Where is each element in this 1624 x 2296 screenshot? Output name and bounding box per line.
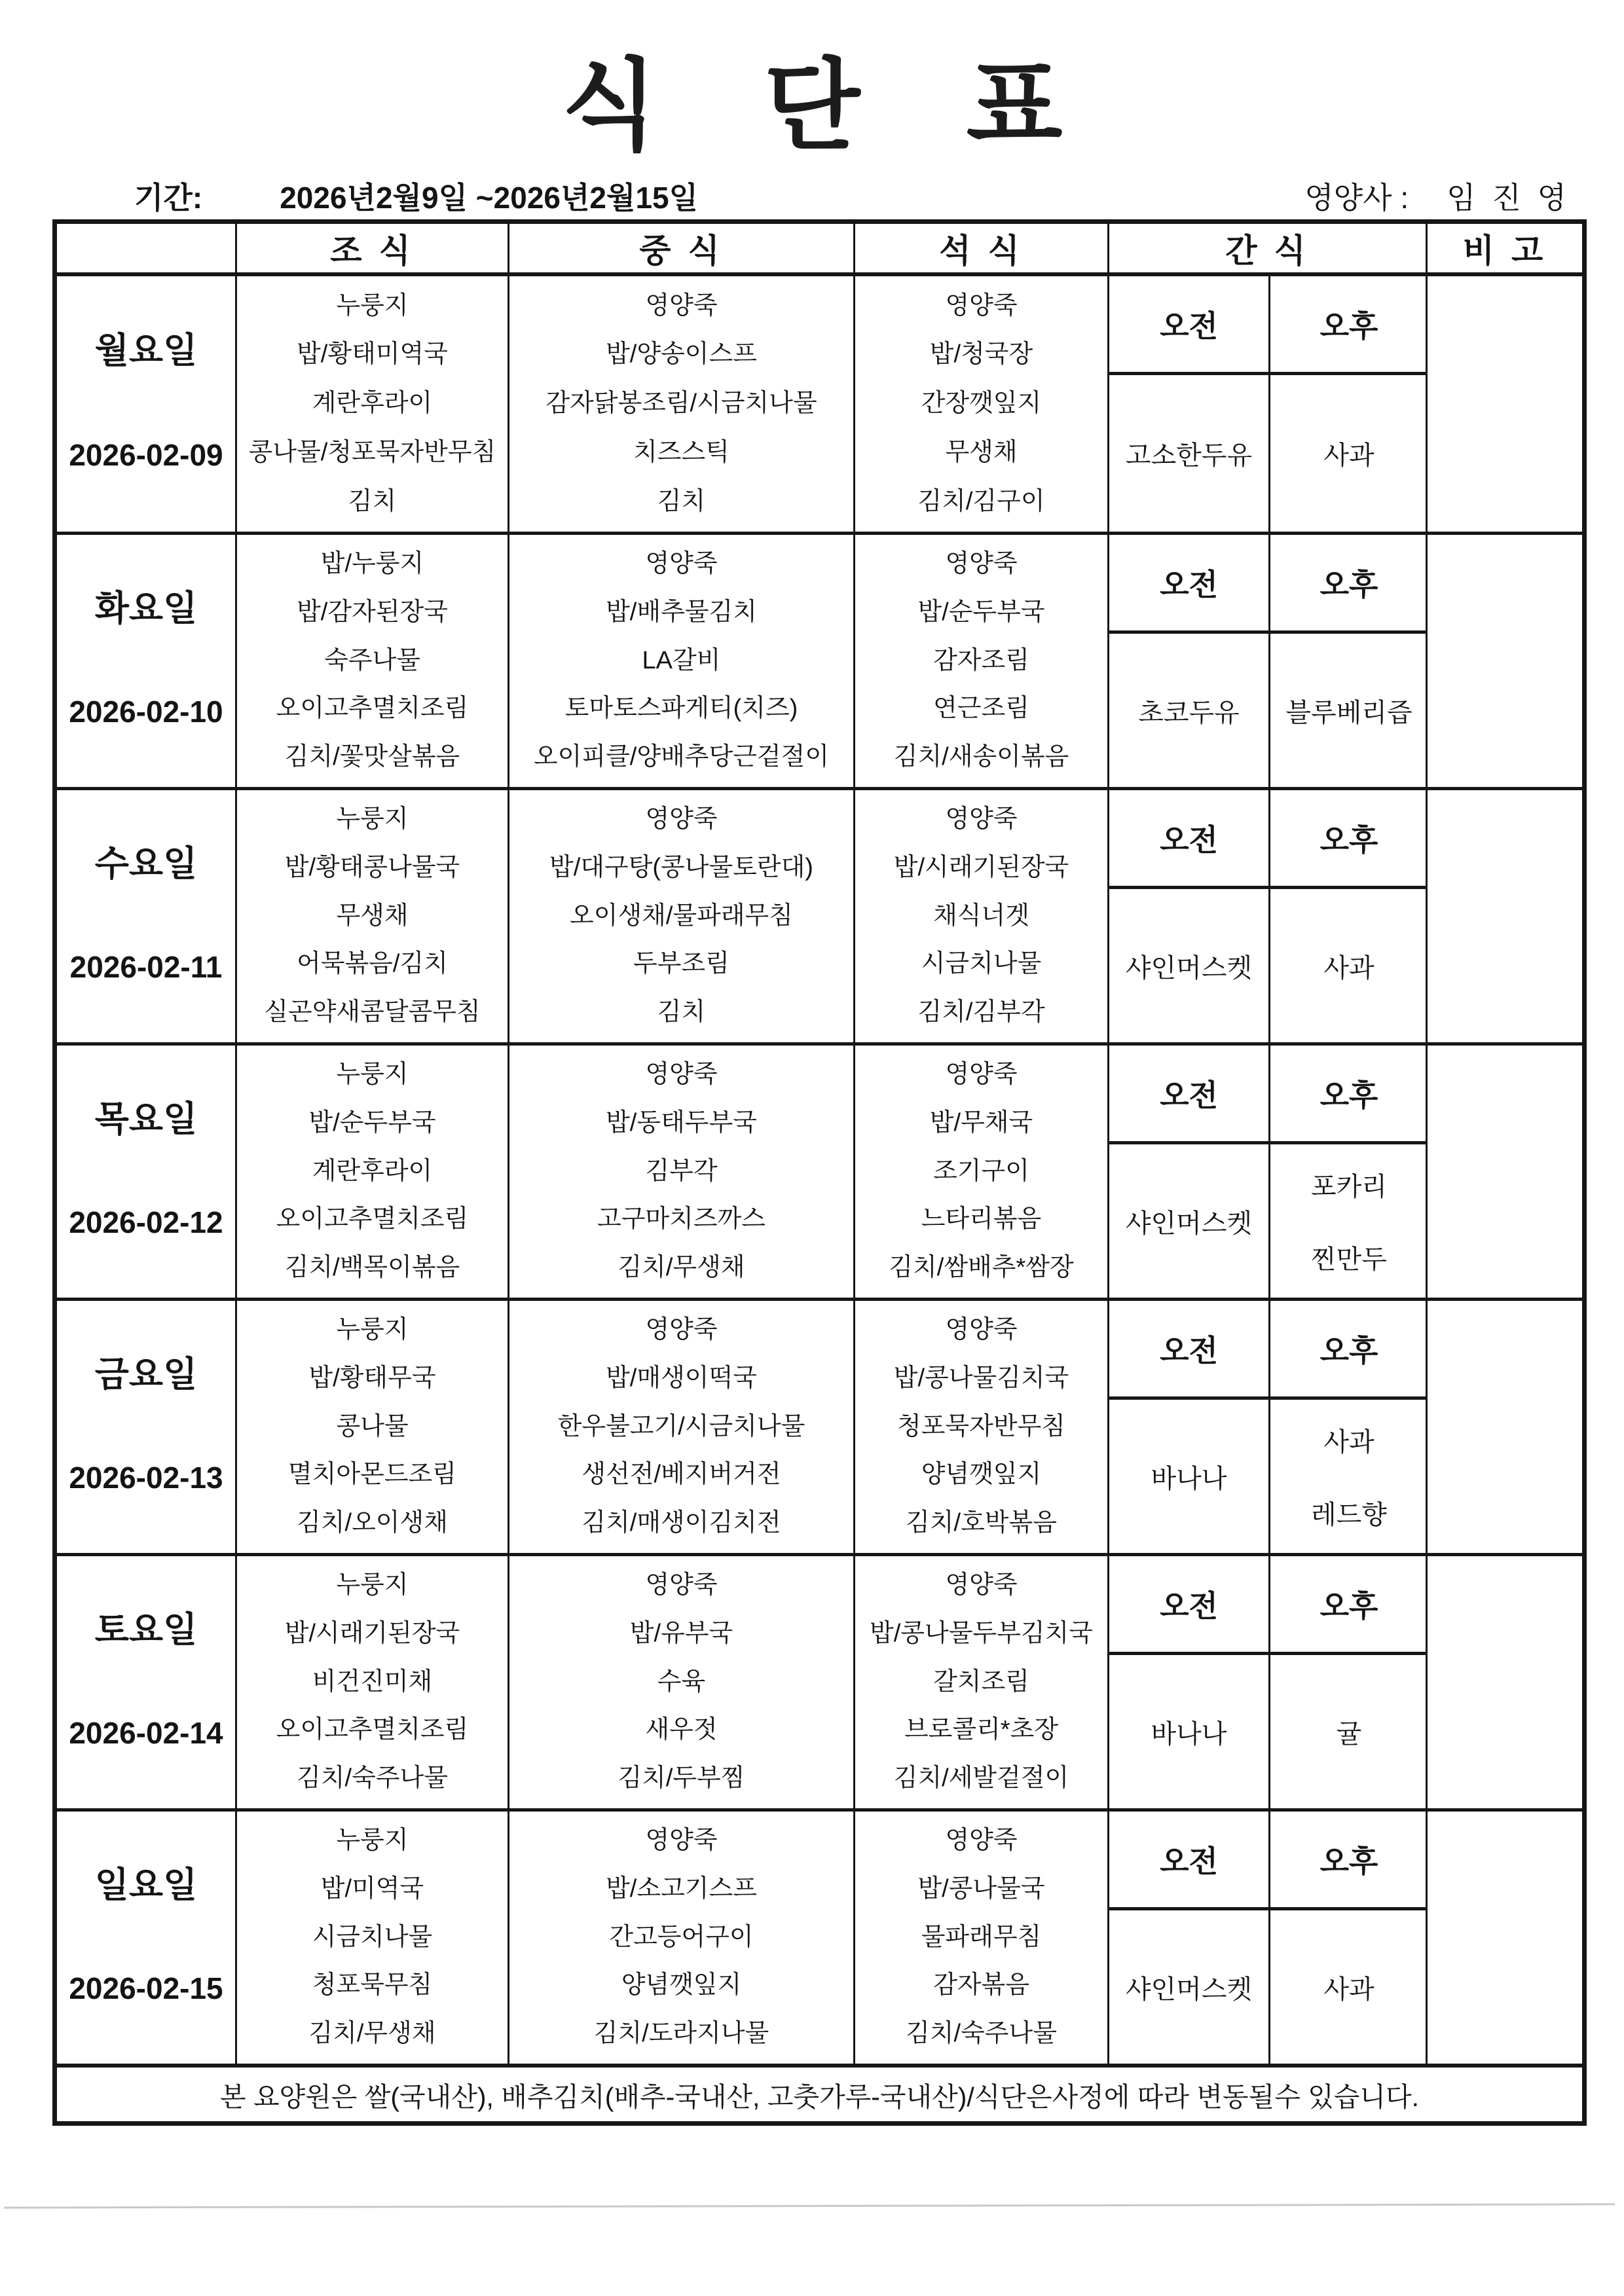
- menu-item: 김치: [657, 999, 705, 1027]
- menu-item: 숙주나물: [324, 647, 420, 675]
- snack-item: 레드향: [1311, 1494, 1387, 1531]
- menu-item: 김치/무생채: [618, 1254, 745, 1282]
- menu-item: 김치/김부각: [917, 999, 1044, 1027]
- dinner-cell: 영양죽밥/콩나물김치국청포묵자반무침양념깻잎지김치/호박볶음: [853, 1301, 1107, 1553]
- menu-item: 영양죽: [645, 1317, 717, 1344]
- menu-item: 밥/순두부국: [308, 1110, 435, 1137]
- menu-item: 밥/미역국: [321, 1876, 424, 1903]
- menu-item: 멸치아몬드조림: [288, 1461, 456, 1489]
- snack-am-items: 바나나: [1109, 1396, 1268, 1553]
- day-cell: 토요일 2026-02-14: [57, 1556, 235, 1808]
- menu-item: 영양죽: [945, 551, 1017, 578]
- snack-pm-label: 오후: [1268, 276, 1428, 372]
- note-cell: [1426, 790, 1582, 1042]
- snack-am-label: 오전: [1109, 276, 1268, 372]
- menu-item: 비건진미채: [312, 1669, 433, 1696]
- day-date: 2026-02-09: [57, 437, 235, 473]
- menu-item: 양념깻잎지: [921, 1461, 1042, 1489]
- header-day-blank: [57, 224, 235, 272]
- menu-item: 밥/콩나물두부김치국: [870, 1620, 1093, 1648]
- menu-item: 밥/동태두부국: [606, 1110, 757, 1137]
- day-row: 금요일 2026-02-13 누룽지밥/황태무국콩나물멸치아몬드조림김치/오이생…: [57, 1298, 1582, 1553]
- snack-item: 사과: [1323, 1421, 1374, 1459]
- menu-item: 오이고추멸치조림: [276, 1717, 469, 1744]
- day-date: 2026-02-14: [57, 1715, 235, 1751]
- menu-item: 누룽지: [336, 1317, 408, 1344]
- note-cell: [1426, 535, 1582, 787]
- meta-row: 기간:2026년2월9일 ~2026년2월15일 영양사 :임 진 영: [52, 174, 1573, 212]
- menu-item: 누룽지: [336, 1827, 408, 1855]
- menu-item: 김치/숙주나물: [297, 1765, 448, 1793]
- note-cell: [1426, 1301, 1582, 1553]
- lunch-cell: 영양죽밥/매생이떡국한우불고기/시금치나물생선전/베지버거전김치/매생이김치전: [507, 1301, 853, 1553]
- snack-cell: 오전 오후 샤인머스켓 포카리찐만두: [1107, 1046, 1426, 1298]
- menu-item: 영양죽: [645, 1572, 717, 1599]
- snack-am-label: 오전: [1109, 1556, 1268, 1652]
- snack-cell: 오전 오후 샤인머스켓 사과: [1107, 790, 1426, 1042]
- snack-pm-items: 포카리찐만두: [1268, 1141, 1428, 1298]
- day-row: 월요일 2026-02-09 누룽지밥/황태미역국계란후라이콩나물/청포묵자반무…: [57, 276, 1582, 532]
- snack-am-label: 오전: [1109, 1812, 1268, 1907]
- snack-am-items: 바나나: [1109, 1652, 1268, 1808]
- snack-item: 샤인머스켓: [1126, 947, 1252, 985]
- day-name: 목요일: [57, 1091, 235, 1141]
- menu-item: 영양죽: [645, 806, 717, 833]
- menu-item: 시금치나물: [312, 1924, 433, 1952]
- dinner-cell: 영양죽밥/콩나물두부김치국갈치조림브로콜리*초장김치/세발겉절이: [853, 1556, 1107, 1808]
- menu-item: 영양죽: [645, 1061, 717, 1089]
- lunch-cell: 영양죽밥/동태두부국김부각고구마치즈까스김치/무생채: [507, 1046, 853, 1298]
- header-dinner: 석 식: [853, 224, 1107, 272]
- lunch-cell: 영양죽밥/소고기스프간고등어구이양념깻잎지김치/도라지나물: [507, 1812, 853, 2064]
- menu-item: 감자닭봉조림/시금치나물: [545, 390, 817, 418]
- menu-item: 간고등어구이: [609, 1924, 753, 1952]
- day-cell: 월요일 2026-02-09: [57, 276, 235, 532]
- nutritionist-value: 임 진 영: [1447, 181, 1570, 215]
- menu-item: 계란후라이: [312, 390, 433, 418]
- snack-am-items: 고소한두유: [1109, 372, 1268, 532]
- breakfast-cell: 누룽지밥/순두부국계란후라이오이고추멸치조림김치/백목이볶음: [235, 1046, 507, 1298]
- menu-item: 김치/쌈배추*쌈장: [889, 1254, 1073, 1282]
- menu-item: 김치/백목이볶음: [285, 1254, 460, 1282]
- menu-item: 밥/시래기된장국: [285, 1620, 460, 1648]
- dinner-cell: 영양죽밥/무채국조기구이느타리볶음김치/쌈배추*쌈장: [853, 1046, 1107, 1298]
- menu-item: 오이고추멸치조림: [276, 1206, 469, 1233]
- dinner-cell: 영양죽밥/순두부국감자조림연근조림김치/새송이볶음: [853, 535, 1107, 787]
- menu-item: 갈치조림: [933, 1669, 1029, 1696]
- menu-item: 밥/양송이스프: [606, 341, 757, 369]
- snack-am-items: 샤인머스켓: [1109, 886, 1268, 1042]
- menu-item: 영양죽: [645, 293, 717, 320]
- menu-item: 밥/순두부국: [917, 599, 1044, 627]
- snack-pm-items: 사과레드향: [1268, 1396, 1428, 1553]
- snack-item: 사과: [1323, 435, 1374, 472]
- menu-item: 김치: [657, 488, 705, 516]
- nutritionist: 영양사 :임 진 영: [1304, 174, 1570, 217]
- menu-item: 누룽지: [336, 806, 408, 833]
- snack-am-items: 초코두유: [1109, 630, 1268, 787]
- period-label: 기간:: [134, 181, 202, 215]
- day-name: 화요일: [57, 580, 235, 630]
- menu-item: 무생채: [945, 439, 1017, 467]
- snack-item: 귤: [1337, 1713, 1362, 1751]
- dinner-cell: 영양죽밥/콩나물국물파래무침감자볶음김치/숙주나물: [853, 1812, 1107, 2064]
- page-title: 식 단 표: [0, 26, 1624, 169]
- snack-pm-label: 오후: [1268, 1556, 1428, 1652]
- menu-item: 영양죽: [945, 1827, 1017, 1855]
- menu-item: 밥/누룽지: [321, 551, 424, 578]
- menu-item: 밥/대구탕(콩나물토란대): [549, 854, 813, 882]
- menu-item: 밥/콩나물국: [917, 1876, 1044, 1903]
- header-note: 비 고: [1426, 224, 1582, 272]
- menu-item: 영양죽: [945, 806, 1017, 833]
- snack-pm-items: 사과: [1268, 886, 1428, 1042]
- menu-item: 김치/오이생채: [297, 1510, 448, 1537]
- day-name: 수요일: [57, 835, 235, 886]
- menu-item: 김치: [348, 488, 396, 516]
- menu-item: 콩나물: [336, 1413, 408, 1441]
- day-date: 2026-02-12: [57, 1205, 235, 1240]
- menu-item: 브로콜리*초장: [904, 1717, 1058, 1744]
- menu-item: 김치/김구이: [917, 488, 1044, 516]
- dinner-cell: 영양죽밥/시래기된장국채식너겟시금치나물김치/김부각: [853, 790, 1107, 1042]
- menu-item: 밥/황태무국: [308, 1365, 435, 1393]
- menu-item: 밥/시래기된장국: [894, 854, 1069, 882]
- menu-item: 밥/황태미역국: [297, 341, 448, 369]
- snack-am-label: 오전: [1109, 1301, 1268, 1396]
- header-breakfast: 조 식: [235, 224, 507, 272]
- note-cell: [1426, 1812, 1582, 2064]
- snack-am-label: 오전: [1109, 1046, 1268, 1141]
- snack-pm-label: 오후: [1268, 1046, 1428, 1141]
- header-snack: 간 식: [1107, 224, 1426, 272]
- menu-item: 김치/세발겉절이: [894, 1765, 1069, 1793]
- snack-am-label: 오전: [1109, 535, 1268, 630]
- snack-item: 샤인머스켓: [1126, 1969, 1252, 2006]
- menu-item: 새우젓: [645, 1717, 717, 1744]
- menu-item: 밥/배추물김치: [606, 599, 757, 627]
- snack-item: 사과: [1323, 947, 1374, 985]
- breakfast-cell: 누룽지밥/황태콩나물국무생채어묵볶음/김치실곤약새콤달콤무침: [235, 790, 507, 1042]
- day-date: 2026-02-15: [57, 1971, 235, 2006]
- menu-item: 밥/감자된장국: [297, 599, 448, 627]
- menu-item: 밥/청국장: [930, 341, 1033, 369]
- day-row: 토요일 2026-02-14 누룽지밥/시래기된장국비건진미채오이고추멸치조림김…: [57, 1553, 1582, 1808]
- menu-item: 김치/호박볶음: [906, 1510, 1057, 1537]
- table-footer-row: 본 요양원은 쌀(국내산), 배추김치(배추-국내산, 고춧가루-국내산)/식단…: [57, 2064, 1582, 2121]
- snack-pm-items: 사과: [1268, 372, 1428, 532]
- menu-item: 김치/매생이김치전: [581, 1510, 781, 1537]
- snack-am-items: 샤인머스켓: [1109, 1907, 1268, 2064]
- snack-pm-items: 귤: [1268, 1652, 1428, 1808]
- scanned-meal-plan-page: 식 단 표 기간:2026년2월9일 ~2026년2월15일 영양사 :임 진 …: [0, 0, 1624, 2296]
- breakfast-cell: 누룽지밥/황태미역국계란후라이콩나물/청포묵자반무침김치: [235, 276, 507, 532]
- snack-item: 바나나: [1151, 1458, 1227, 1495]
- snack-cell: 오전 오후 바나나 귤: [1107, 1556, 1426, 1808]
- menu-item: 밥/유부국: [630, 1620, 733, 1648]
- note-cell: [1426, 1556, 1582, 1808]
- snack-pm-label: 오후: [1268, 1301, 1428, 1396]
- period: 기간:2026년2월9일 ~2026년2월15일: [134, 174, 698, 217]
- lunch-cell: 영양죽밥/대구탕(콩나물토란대)오이생채/물파래무침두부조림김치: [507, 790, 853, 1042]
- snack-item: 초코두유: [1138, 692, 1240, 729]
- snack-am-label: 오전: [1109, 790, 1268, 886]
- breakfast-cell: 누룽지밥/미역국시금치나물청포묵무침김치/무생채: [235, 1812, 507, 2064]
- menu-item: 김치/새송이볶음: [894, 744, 1069, 771]
- menu-item: 밥/소고기스프: [606, 1876, 757, 1903]
- menu-item: 영양죽: [945, 1572, 1017, 1599]
- scanner-edge-artifact: [4, 2203, 1615, 2208]
- day-name: 월요일: [57, 323, 235, 373]
- menu-item: 누룽지: [336, 1061, 408, 1089]
- snack-cell: 오전 오후 샤인머스켓 사과: [1107, 1812, 1426, 2064]
- day-date: 2026-02-11: [57, 949, 235, 985]
- menu-item: 영양죽: [645, 1827, 717, 1855]
- menu-item: 무생채: [336, 903, 408, 930]
- day-row: 일요일 2026-02-15 누룽지밥/미역국시금치나물청포묵무침김치/무생채 …: [57, 1808, 1582, 2064]
- day-name: 금요일: [57, 1346, 235, 1396]
- day-name: 토요일: [57, 1601, 235, 1652]
- nutritionist-label: 영양사 :: [1304, 181, 1409, 215]
- menu-item: 오이피클/양배추당근겉절이: [534, 744, 829, 771]
- menu-item: 밥/황태콩나물국: [285, 854, 460, 882]
- table-body: 월요일 2026-02-09 누룽지밥/황태미역국계란후라이콩나물/청포묵자반무…: [57, 276, 1582, 2064]
- menu-item: 양념깻잎지: [621, 1972, 742, 1999]
- snack-am-items: 샤인머스켓: [1109, 1141, 1268, 1298]
- menu-item: 실곤약새콤달콤무침: [264, 999, 480, 1027]
- lunch-cell: 영양죽밥/유부국수육새우젓김치/두부찜: [507, 1556, 853, 1808]
- period-value: 2026년2월9일 ~2026년2월15일: [280, 181, 698, 215]
- menu-item: 느타리볶음: [921, 1206, 1042, 1233]
- day-cell: 일요일 2026-02-15: [57, 1812, 235, 2064]
- snack-cell: 오전 오후 고소한두유 사과: [1107, 276, 1426, 532]
- menu-item: 영양죽: [945, 293, 1017, 320]
- day-name: 일요일: [57, 1857, 235, 1907]
- menu-item: 누룽지: [336, 293, 408, 320]
- menu-item: 밥/콩나물김치국: [894, 1365, 1069, 1393]
- snack-item: 찐만두: [1311, 1239, 1387, 1276]
- menu-item: 청포묵무침: [312, 1972, 433, 1999]
- menu-item: 조기구이: [933, 1158, 1029, 1186]
- snack-pm-label: 오후: [1268, 1812, 1428, 1907]
- menu-item: 청포묵자반무침: [897, 1413, 1065, 1441]
- menu-item: 김치/도라지나물: [594, 2020, 769, 2048]
- menu-item: 콩나물/청포묵자반무침: [249, 439, 496, 467]
- footer-note-text: 본 요양원은 쌀(국내산), 배추김치(배추-국내산, 고춧가루-국내산)/식단…: [220, 2075, 1419, 2114]
- breakfast-cell: 누룽지밥/시래기된장국비건진미채오이고추멸치조림김치/숙주나물: [235, 1556, 507, 1808]
- snack-item: 포카리: [1311, 1166, 1387, 1203]
- menu-item: 누룽지: [336, 1572, 408, 1599]
- menu-item: 어묵볶음/김치: [297, 951, 448, 978]
- menu-item: 영양죽: [945, 1317, 1017, 1344]
- menu-item: 한우불고기/시금치나물: [558, 1413, 805, 1441]
- menu-item: 오이생채/물파래무침: [570, 903, 793, 930]
- snack-cell: 오전 오후 바나나 사과레드향: [1107, 1301, 1426, 1553]
- menu-item: 김치/무생채: [308, 2020, 435, 2048]
- menu-item: 밥/무채국: [930, 1110, 1033, 1137]
- header-lunch: 중 식: [507, 224, 853, 272]
- day-cell: 화요일 2026-02-10: [57, 535, 235, 787]
- snack-pm-label: 오후: [1268, 790, 1428, 886]
- menu-item: 토마토스파게티(치즈): [565, 695, 798, 723]
- snack-pm-items: 블루베리즙: [1268, 630, 1428, 787]
- snack-item: 샤인머스켓: [1126, 1203, 1252, 1240]
- menu-item: 시금치나물: [921, 951, 1042, 978]
- snack-item: 사과: [1323, 1969, 1374, 2006]
- menu-item: 계란후라이: [312, 1158, 433, 1186]
- menu-item: 치즈스틱: [633, 439, 729, 467]
- note-cell: [1426, 276, 1582, 532]
- menu-item: 연근조림: [933, 695, 1029, 723]
- dinner-cell: 영양죽밥/청국장간장깻잎지무생채김치/김구이: [853, 276, 1107, 532]
- menu-item: 김치/숙주나물: [906, 2020, 1057, 2048]
- menu-item: 김부각: [645, 1158, 717, 1186]
- breakfast-cell: 밥/누룽지밥/감자된장국숙주나물오이고추멸치조림김치/꽃맛살볶음: [235, 535, 507, 787]
- snack-item: 바나나: [1151, 1713, 1227, 1751]
- snack-cell: 오전 오후 초코두유 블루베리즙: [1107, 535, 1426, 787]
- day-row: 목요일 2026-02-12 누룽지밥/순두부국계란후라이오이고추멸치조림김치/…: [57, 1042, 1582, 1298]
- note-cell: [1426, 1046, 1582, 1298]
- snack-pm-label: 오후: [1268, 535, 1428, 630]
- menu-item: 오이고추멸치조림: [276, 695, 469, 723]
- menu-item: 간장깻잎지: [921, 390, 1042, 418]
- menu-item: 두부조림: [633, 951, 729, 978]
- snack-pm-items: 사과: [1268, 1907, 1428, 2064]
- day-row: 화요일 2026-02-10 밥/누룽지밥/감자된장국숙주나물오이고추멸치조림김…: [57, 532, 1582, 787]
- menu-item: 영양죽: [945, 1061, 1017, 1089]
- menu-item: 밥/매생이떡국: [606, 1365, 757, 1393]
- menu-item: 채식너겟: [933, 903, 1029, 930]
- menu-item: 영양죽: [645, 551, 717, 578]
- menu-item: 김치/꽃맛살볶음: [285, 744, 460, 771]
- menu-item: 고구마치즈까스: [597, 1206, 766, 1233]
- snack-item: 블루베리즙: [1285, 692, 1412, 729]
- snack-item: 고소한두유: [1126, 435, 1252, 472]
- day-cell: 수요일 2026-02-11: [57, 790, 235, 1042]
- lunch-cell: 영양죽밥/배추물김치LA갈비토마토스파게티(치즈)오이피클/양배추당근겉절이: [507, 535, 853, 787]
- day-date: 2026-02-10: [57, 694, 235, 729]
- menu-item: LA갈비: [642, 647, 721, 675]
- day-row: 수요일 2026-02-11 누룽지밥/황태콩나물국무생채어묵볶음/김치실곤약새…: [57, 787, 1582, 1042]
- menu-item: 김치/두부찜: [618, 1765, 745, 1793]
- menu-item: 물파래무침: [921, 1924, 1042, 1952]
- menu-item: 감자볶음: [933, 1972, 1029, 1999]
- day-cell: 목요일 2026-02-12: [57, 1046, 235, 1298]
- lunch-cell: 영양죽밥/양송이스프감자닭봉조림/시금치나물치즈스틱김치: [507, 276, 853, 532]
- day-date: 2026-02-13: [57, 1460, 235, 1495]
- day-cell: 금요일 2026-02-13: [57, 1301, 235, 1553]
- breakfast-cell: 누룽지밥/황태무국콩나물멸치아몬드조림김치/오이생채: [235, 1301, 507, 1553]
- menu-item: 감자조림: [933, 647, 1029, 675]
- menu-item: 수육: [657, 1669, 705, 1696]
- table-header-row: 조 식 중 식 석 식 간 식 비 고: [57, 224, 1582, 276]
- menu-table: 조 식 중 식 석 식 간 식 비 고 월요일 2026-02-09 누룽지밥/…: [52, 219, 1587, 2126]
- menu-item: 생선전/베지버거전: [581, 1461, 781, 1489]
